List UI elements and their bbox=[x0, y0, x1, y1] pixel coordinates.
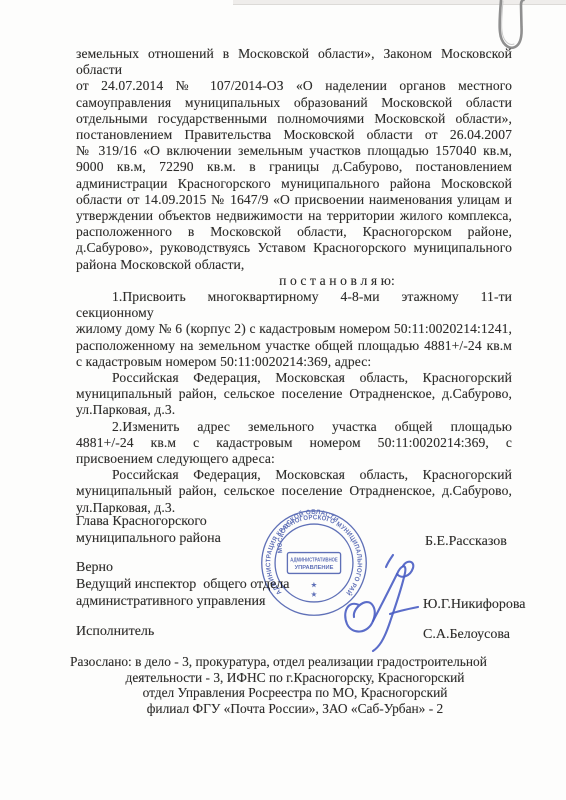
stamp-center-line2: УПРАВЛЕНИЕ bbox=[295, 565, 334, 571]
scanned-document-page: земельных отношений в Московской области… bbox=[0, 0, 566, 800]
text-line: 2.Изменить адрес земельного участка обще… bbox=[76, 419, 512, 435]
text-line: постановлением Правительства Московской … bbox=[76, 127, 512, 143]
text-line: 1.Присвоить многоквартирному 4-8-ми этаж… bbox=[76, 289, 512, 321]
text-line: отдельными государственными полномочиями… bbox=[76, 111, 512, 127]
text-line: п о с т а н о в л я ю: bbox=[76, 273, 512, 289]
executor-role: Исполнитель bbox=[76, 624, 154, 640]
distribution-line: отдел Управления Росреестра по МО, Красн… bbox=[70, 685, 510, 701]
text-line: Российская Федерация, Московская область… bbox=[76, 370, 512, 386]
svg-text:МОСКОВСКОЙ ОБЛАСТИ: МОСКОВСКОЙ ОБЛАСТИ bbox=[277, 509, 340, 554]
stamp-star-icon: ★ bbox=[311, 581, 318, 589]
stamp-center-line1: АДМИНИСТРАТИВНОЕ bbox=[290, 558, 338, 564]
distribution-line: филиал ФГУ «Почта России», ЗАО «Саб-Урба… bbox=[70, 701, 510, 717]
text-line: ул.Парковая, д.3. bbox=[76, 402, 512, 418]
head-role-line1: Глава Красногорского bbox=[76, 514, 207, 530]
text-line: 9000 кв.м, 72290 кв.м. в границы д.Сабур… bbox=[76, 159, 512, 175]
stamp-inner-ring-text: МОСКОВСКОЙ ОБЛАСТИ bbox=[277, 509, 340, 554]
text-line: области от 14.09.2015 № 1647/9 «О присво… bbox=[76, 192, 512, 208]
text-line: района Московской области, bbox=[76, 257, 512, 273]
text-line: администрации Красногорского муниципальн… bbox=[76, 176, 512, 192]
text-line: от 24.07.2014 № 107/2014-ОЗ «О наделении… bbox=[76, 78, 512, 94]
text-line: № 319/16 «О включении земельным участков… bbox=[76, 143, 512, 159]
text-line: с кадастровым номером 50:11:0020214:369,… bbox=[76, 354, 512, 370]
head-role-line2: муниципального района bbox=[76, 531, 221, 547]
text-line: расположенного в Московской области, Кра… bbox=[76, 224, 512, 240]
text-line: жилому дому № 6 (корпус 2) с кадастровым… bbox=[76, 321, 512, 337]
text-line: самоуправления муниципальных образований… bbox=[76, 95, 512, 111]
stamp-star-icon: ★ bbox=[311, 590, 318, 598]
distribution-line: деятельности - 3, ИФНС по г.Красногорску… bbox=[70, 670, 510, 686]
text-line: муниципальный район, сельское поселение … bbox=[76, 386, 512, 402]
document-body: земельных отношений в Московской области… bbox=[76, 46, 512, 516]
handwritten-signature bbox=[334, 550, 442, 654]
text-line: д.Сабурово», руководствуясь Уставом Крас… bbox=[76, 240, 512, 256]
text-line: утверждении объектов недвижимости на тер… bbox=[76, 208, 512, 224]
inspector-role-line2: административного управления bbox=[76, 594, 265, 610]
text-line: 4881+/-24 кв.м с кадастровым номером 50:… bbox=[76, 435, 512, 451]
text-line: присвоением следующего адреса: bbox=[76, 451, 512, 467]
verno-label: Верно bbox=[76, 560, 113, 576]
text-line: муниципальный район, сельское поселение … bbox=[76, 483, 512, 499]
text-line: земельных отношений в Московской области… bbox=[76, 46, 512, 78]
distribution-line: Разослано: в дело - 3, прокуратура, отде… bbox=[70, 654, 510, 670]
head-name: Б.Е.Рассказов bbox=[425, 534, 507, 550]
text-line: Российская Федерация, Московская область… bbox=[76, 467, 512, 483]
text-line: расположенному на земельном участке обще… bbox=[76, 338, 512, 354]
distribution-list: Разослано: в дело - 3, прокуратура, отде… bbox=[70, 654, 510, 716]
